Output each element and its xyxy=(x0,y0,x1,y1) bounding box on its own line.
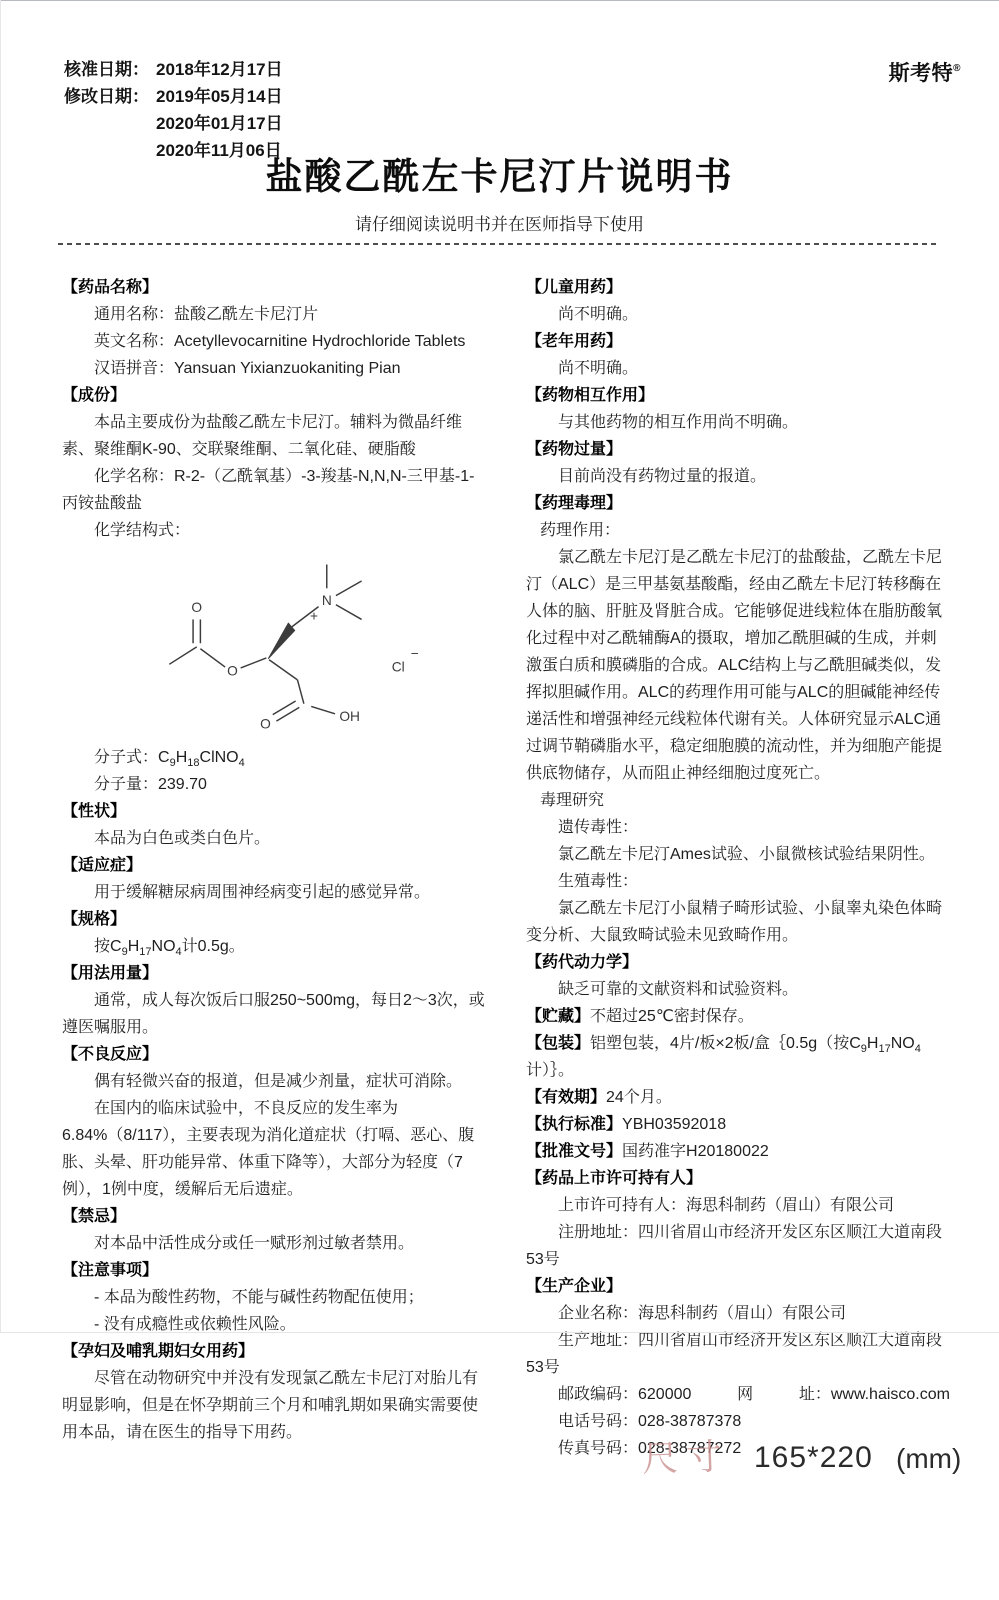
paragraph: 偶有轻微兴奋的报道，但是减少剂量，症状可消除。 xyxy=(62,1068,486,1095)
section-heading: 【药理毒理】 xyxy=(526,490,950,517)
web-address: 址：www.haisco.com xyxy=(799,1381,950,1408)
section-heading: 【执行标准】 xyxy=(526,1116,622,1133)
paragraph: 尚不明确。 xyxy=(526,355,950,382)
text-part: YBH03592018 xyxy=(622,1116,726,1133)
atom-label-ester-oxygen: O xyxy=(227,663,238,678)
text-line: 生殖毒性： xyxy=(526,868,950,895)
formula-part: C xyxy=(158,749,170,766)
text-part: 按 xyxy=(94,938,110,955)
postal-code: 邮政编码：620000 xyxy=(558,1381,691,1408)
section-precautions: 【注意事项】 - 本品为酸性药物，不能与碱性药物配伍使用； - 没有成瘾性或依赖… xyxy=(62,1257,486,1338)
text-part: 计0.5g。 xyxy=(182,938,245,955)
section-adverse-reactions: 【不良反应】 偶有轻微兴奋的报道，但是减少剂量，症状可消除。 在国内的临床试验中… xyxy=(62,1041,486,1203)
section-manufacturer: 【生产企业】 企业名称：海思科制药（眉山）有限公司 生产地址：四川省眉山市经济开… xyxy=(526,1273,950,1462)
brand-name: 斯考特 xyxy=(889,62,954,85)
atom-label-carbonyl-oxygen: O xyxy=(191,600,202,615)
section-drug-name: 【药品名称】 通用名称：盐酸乙酰左卡尼汀片 英文名称：Acetyllevocar… xyxy=(62,274,486,382)
formula-part: NO xyxy=(152,938,176,955)
brand-logo: 斯考特® xyxy=(889,57,961,87)
formula-part: H xyxy=(176,749,188,766)
atom-label-chloride: Cl xyxy=(392,660,405,675)
web-label-part: 网 xyxy=(737,1381,753,1408)
text-part: 国药准字H20180022 xyxy=(622,1143,769,1160)
section-indications: 【适应症】 用于缓解糖尿病周围神经病变引起的感觉异常。 xyxy=(62,852,486,906)
bullet-line: - 没有成瘾性或依赖性风险。 xyxy=(62,1311,486,1338)
section-description: 【性状】 本品为白色或类白色片。 xyxy=(62,798,486,852)
section-storage: 【贮藏】不超过25℃密封保存。 xyxy=(526,1003,950,1030)
chemical-structure-diagram: N + O O O OH Cl − xyxy=(96,548,444,744)
text-line: 上市许可持有人：海思科制药（眉山）有限公司 xyxy=(526,1192,950,1219)
section-heading: 【贮藏】 xyxy=(526,1008,590,1025)
text-line: 企业名称：海思科制药（眉山）有限公司 xyxy=(526,1300,950,1327)
paragraph: 氯乙酰左卡尼汀Ames试验、小鼠微核试验结果阴性。 xyxy=(526,841,950,868)
section-heading: 【药品名称】 xyxy=(62,274,486,301)
formula-label: 分子式： xyxy=(94,749,158,766)
formula-part: C xyxy=(110,938,122,955)
date-value: 2018年12月17日 xyxy=(156,56,283,83)
text-line: 遗传毒性： xyxy=(526,814,950,841)
formula-part: ClNO xyxy=(200,749,239,766)
formula-part: NO xyxy=(891,1035,915,1052)
dimensions-value: 165*220 xyxy=(754,1441,873,1475)
atom-label-nitrogen: N xyxy=(322,593,332,608)
registered-trademark-mark: ® xyxy=(953,63,961,74)
section-package: 【包装】铝塑包装，4片/板×2板/盒｛0.5g（按C9H17NO4计）｝。 xyxy=(526,1030,950,1084)
date-line: 2020年01月17日 xyxy=(64,110,283,137)
bullet-line: - 本品为酸性药物，不能与碱性药物配伍使用； xyxy=(62,1284,486,1311)
paragraph: 尽管在动物研究中并没有发现氯乙酰左卡尼汀对胎儿有明显影响，但是在怀孕期前三个月和… xyxy=(62,1365,486,1446)
section-heading: 【药物相互作用】 xyxy=(526,382,950,409)
paragraph: 与其他药物的相互作用尚不明确。 xyxy=(526,409,950,436)
date-line: 核准日期：2018年12月17日 xyxy=(64,56,283,83)
paragraph: 对本品中活性成分或任一赋形剂过敏者禁用。 xyxy=(62,1230,486,1257)
text-part: 计）｝。 xyxy=(526,1062,574,1079)
paragraph: 化学名称：R-2-（乙酰氧基）-3-羧基-N,N,N-三甲基-1-丙铵盐酸盐 xyxy=(62,463,486,517)
section-heading: 【药品上市许可持有人】 xyxy=(526,1165,950,1192)
right-column: 【儿童用药】 尚不明确。 【老年用药】 尚不明确。 【药物相互作用】 与其他药物… xyxy=(526,274,950,1462)
date-value: 2019年05月14日 xyxy=(156,83,283,110)
text-line: 生产地址：四川省眉山市经济开发区东区顺江大道南段53号 xyxy=(526,1327,950,1381)
page-subtitle: 请仔细阅读说明书并在医师指导下使用 xyxy=(0,210,999,235)
left-column: 【药品名称】 通用名称：盐酸乙酰左卡尼汀片 英文名称：Acetyllevocar… xyxy=(62,274,486,1462)
section-heading: 【药物过量】 xyxy=(526,436,950,463)
phone-line: 电话号码：028-38787378 xyxy=(526,1408,950,1435)
text-part: 24个月。 xyxy=(606,1089,672,1106)
fax-line: 传真号码：028-38787272 xyxy=(526,1435,950,1462)
formula-part: H xyxy=(867,1035,879,1052)
section-heading: 【老年用药】 xyxy=(526,328,950,355)
formula-part: C xyxy=(849,1035,861,1052)
molecular-formula-line: 分子式：C9H18ClNO4 xyxy=(62,744,486,771)
section-drug-interactions: 【药物相互作用】 与其他药物的相互作用尚不明确。 xyxy=(526,382,950,436)
paragraph: 用于缓解糖尿病周围神经病变引起的感觉异常。 xyxy=(62,879,486,906)
charge-plus: + xyxy=(310,608,318,623)
section-heading: 【药代动力学】 xyxy=(526,949,950,976)
section-strength: 【规格】 按C9H17NO4计0.5g。 xyxy=(62,906,486,960)
section-heading: 【注意事项】 xyxy=(62,1257,486,1284)
atom-label-hydroxyl: OH xyxy=(339,709,360,724)
two-column-body: 【药品名称】 通用名称：盐酸乙酰左卡尼汀片 英文名称：Acetyllevocar… xyxy=(62,274,950,1462)
dimensions-unit: (mm) xyxy=(896,1443,961,1475)
page-bottom-edge xyxy=(0,1332,999,1333)
text-line: 注册地址：四川省眉山市经济开发区东区顺江大道南段53号 xyxy=(526,1219,950,1273)
section-heading: 【性状】 xyxy=(62,798,486,825)
atom-label-acid-oxygen: O xyxy=(260,716,271,731)
section-heading: 【禁忌】 xyxy=(62,1203,486,1230)
text-line: 汉语拼音：Yansuan Yixianzuokaniting Pian xyxy=(62,355,486,382)
formula-part: H xyxy=(128,938,140,955)
text-part: 铝塑包装，4片/板×2板/盒｛0.5g（按 xyxy=(590,1035,849,1052)
paragraph: 通常，成人每次饭后口服250~500mg，每日2～3次，或遵医嘱服用。 xyxy=(62,987,486,1041)
paragraph: 缺乏可靠的文献资料和试验资料。 xyxy=(526,976,950,1003)
formula-subscript: 18 xyxy=(187,757,199,769)
stereo-wedge-bond xyxy=(268,623,295,659)
date-label: 修改日期： xyxy=(64,83,156,110)
strength-line: 按C9H17NO4计0.5g。 xyxy=(62,933,486,960)
section-pregnancy: 【孕妇及哺乳期妇女用药】 尽管在动物研究中并没有发现氯乙酰左卡尼汀对胎儿有明显影… xyxy=(62,1338,486,1446)
section-heading: 【批准文号】 xyxy=(526,1143,622,1160)
section-heading: 【用法用量】 xyxy=(62,960,486,987)
paragraph: 在国内的临床试验中，不良反应的发生率为6.84%（8/117），主要表现为消化道… xyxy=(62,1095,486,1203)
section-dosage: 【用法用量】 通常，成人每次饭后口服250~500mg，每日2～3次，或遵医嘱服… xyxy=(62,960,486,1041)
paragraph: 尚不明确。 xyxy=(526,301,950,328)
section-composition: 【成份】 本品主要成份为盐酸乙酰左卡尼汀。辅料为微晶纤维素、聚维酮K-90、交联… xyxy=(62,382,486,544)
section-geriatric-use: 【老年用药】 尚不明确。 xyxy=(526,328,950,382)
section-approval-number: 【批准文号】国药准字H20180022 xyxy=(526,1138,950,1165)
section-heading: 【儿童用药】 xyxy=(526,274,950,301)
text-line: 英文名称：Acetyllevocarnitine Hydrochloride T… xyxy=(62,328,486,355)
dashed-divider xyxy=(58,243,938,245)
subsection-title: 药理作用： xyxy=(526,517,950,544)
paragraph: 氯乙酰左卡尼汀小鼠精子畸形试验、小鼠睾丸染色体畸变分析、大鼠致畸试验未见致畸作用… xyxy=(526,895,950,949)
date-label xyxy=(64,110,156,137)
date-value: 2020年01月17日 xyxy=(156,110,283,137)
section-heading: 【规格】 xyxy=(62,906,486,933)
text-line: 通用名称：盐酸乙酰左卡尼汀片 xyxy=(62,301,486,328)
date-line: 修改日期：2019年05月14日 xyxy=(64,83,283,110)
formula-subscript: 17 xyxy=(139,946,151,958)
section-contraindications: 【禁忌】 对本品中活性成分或任一赋形剂过敏者禁用。 xyxy=(62,1203,486,1257)
paragraph: 本品为白色或类白色片。 xyxy=(62,825,486,852)
page-title: 盐酸乙酰左卡尼汀片说明书 xyxy=(0,146,999,200)
section-heading: 【适应症】 xyxy=(62,852,486,879)
section-heading: 【不良反应】 xyxy=(62,1041,486,1068)
section-shelf-life: 【有效期】24个月。 xyxy=(526,1084,950,1111)
molecular-weight-line: 分子量：239.70 xyxy=(62,771,486,798)
section-heading: 【生产企业】 xyxy=(526,1273,950,1300)
paragraph: 氯乙酰左卡尼汀是乙酰左卡尼汀的盐酸盐，乙酰左卡尼汀（ALC）是三甲基氨基酸酯，经… xyxy=(526,544,950,787)
text-part: 不超过25℃密封保存。 xyxy=(590,1008,754,1025)
section-pediatric-use: 【儿童用药】 尚不明确。 xyxy=(526,274,950,328)
text-line: 化学结构式： xyxy=(62,517,486,544)
formula-subscript: 4 xyxy=(915,1043,921,1055)
formula-subscript: 4 xyxy=(239,757,245,769)
section-pharmacology-toxicology: 【药理毒理】 药理作用： 氯乙酰左卡尼汀是乙酰左卡尼汀的盐酸盐，乙酰左卡尼汀（A… xyxy=(526,490,950,949)
paragraph: 目前尚没有药物过量的报道。 xyxy=(526,463,950,490)
formula-subscript: 17 xyxy=(878,1043,890,1055)
section-overdose: 【药物过量】 目前尚没有药物过量的报道。 xyxy=(526,436,950,490)
subsection-title: 毒理研究 xyxy=(526,787,950,814)
section-heading: 【成份】 xyxy=(62,382,486,409)
section-heading: 【有效期】 xyxy=(526,1089,606,1106)
postal-and-web-line: 邮政编码：620000网址：www.haisco.com xyxy=(526,1381,950,1408)
paragraph: 本品主要成份为盐酸乙酰左卡尼汀。辅料为微晶纤维素、聚维酮K-90、交联聚维酮、二… xyxy=(62,409,486,463)
section-marketing-authorization-holder: 【药品上市许可持有人】 上市许可持有人：海思科制药（眉山）有限公司 注册地址：四… xyxy=(526,1165,950,1273)
section-heading: 【孕妇及哺乳期妇女用药】 xyxy=(62,1338,486,1365)
page-top-edge xyxy=(0,0,999,1)
date-label: 核准日期： xyxy=(64,56,156,83)
charge-minus: − xyxy=(411,646,419,661)
section-standard: 【执行标准】YBH03592018 xyxy=(526,1111,950,1138)
handwritten-size-label: 尺寸 xyxy=(641,1428,731,1482)
section-heading: 【包装】 xyxy=(526,1035,590,1052)
section-pharmacokinetics: 【药代动力学】 缺乏可靠的文献资料和试验资料。 xyxy=(526,949,950,1003)
